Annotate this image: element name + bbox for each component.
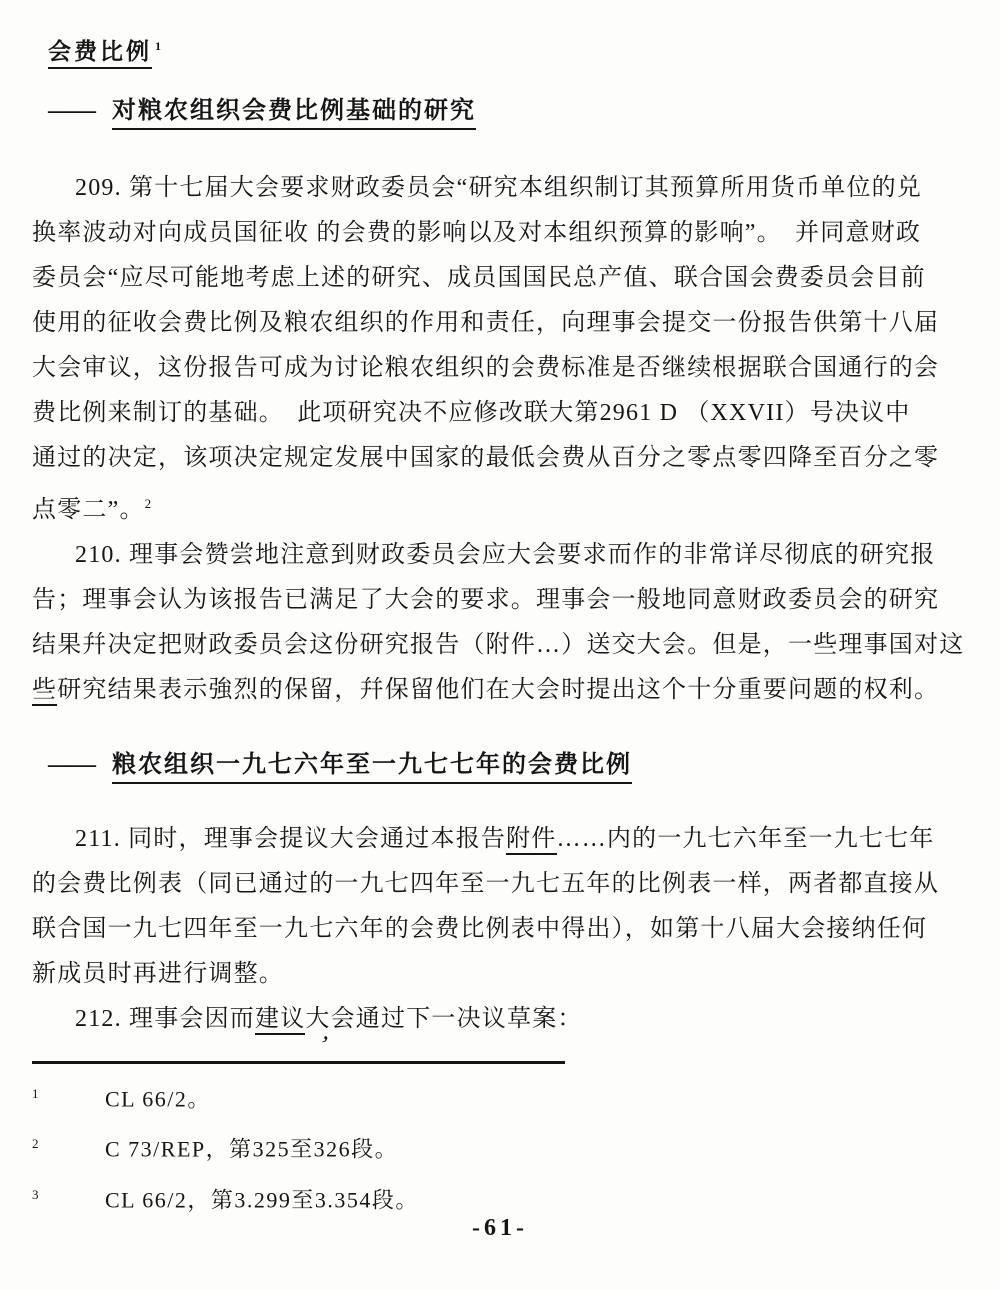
underlined-text: 些	[32, 677, 57, 706]
text-line: 费比例来制订的基础。 此项研究决不应修改联大第2961 D （XXVII）号决议…	[32, 391, 970, 436]
section-heading-scale-text: 粮农组织一九七六年至一九七七年的会费比例	[112, 752, 632, 784]
footnote-marker: 1	[32, 1071, 105, 1116]
text-line: 使用的征收会费比例及粮农组织的作用和责任，向理事会提交一份报告供第十八届	[32, 301, 970, 346]
text-run: 209. 第十七届大会要求财政委员会“研究本组织制订其预算所用货币单位的兑	[75, 175, 922, 201]
text-run: 212. 理事会因而	[75, 1006, 255, 1032]
footnote-marker: 2	[32, 1121, 105, 1166]
heading-dash-icon: ——	[48, 98, 96, 124]
text-run: 211. 同时，理事会提议大会通过本报告	[75, 826, 506, 852]
underlined-text: 建议	[255, 1006, 305, 1035]
paragraph-211: 211. 同时，理事会提议大会通过本报告附件……内的一九七六年至一九七七年的会费…	[32, 817, 970, 997]
section-heading-study-text: 对粮农组织会费比例基础的研究	[112, 98, 476, 130]
paragraph-212: 212. 理事会因而建议大会通过下一决议草案：	[32, 997, 970, 1042]
footnote-text: C 73/REP，第325至326段。	[105, 1137, 398, 1162]
footnote-marker: 3	[32, 1172, 105, 1217]
text-line: 209. 第十七届大会要求财政委员会“研究本组织制订其预算所用货币单位的兑	[32, 166, 970, 211]
paragraph-210: 210. 理事会赞尝地注意到财政委员会应大会要求而作的非常详尽彻底的研究报告；理…	[32, 533, 970, 713]
page-number: -61-	[0, 1215, 1000, 1242]
footnote-separator	[32, 1061, 565, 1064]
text-run: 新成员时再进行调整。	[32, 961, 284, 987]
text-run: 费比例来制订的基础。 此项研究决不应修改联大第2961 D （XXVII）号决议…	[32, 400, 911, 426]
text-run: 210. 理事会赞尝地注意到财政委员会应大会要求而作的非常详尽彻底的研究报	[75, 542, 935, 568]
text-line: 些研究结果表示強烈的保留，幷保留他们在大会时提出这个十分重要问题的权利。	[32, 668, 970, 713]
footnote-ref-1: 1	[155, 39, 161, 53]
text-run: ……内的一九七六年至一九七七年	[557, 826, 935, 852]
paragraph-209: 209. 第十七届大会要求财政委员会“研究本组织制订其预算所用货币单位的兑换率波…	[32, 166, 970, 533]
text-run: 的会费比例表（同已通过的一九七四年至一九七五年的比例表一样，两者都直接从	[32, 871, 939, 897]
text-run: 大会通过下一决议草案：	[305, 1006, 582, 1032]
text-line: 210. 理事会赞尝地注意到财政委员会应大会要求而作的非常详尽彻底的研究报	[32, 533, 970, 578]
text-run: 点零二”。	[32, 497, 145, 523]
text-line: 结果幷决定把财政委员会这份研究报告（附件…）送交大会。但是，一些理事国对这	[32, 623, 970, 668]
text-line: 大会审议，这份报告可成为讨论粮农组织的会费标准是否继续根据联合国通行的会	[32, 346, 970, 391]
footnote-item: 1CL 66/2。	[32, 1071, 565, 1121]
text-line: 告；理事会认为该报告已满足了大会的要求。理事会一般地同意财政委员会的研究	[32, 578, 970, 623]
underlined-text: 附件	[506, 826, 556, 855]
document-page: 会费比例1 ——对粮农组织会费比例基础的研究 209. 第十七届大会要求财政委员…	[0, 0, 1000, 1290]
footnote-item: 2C 73/REP，第325至326段。	[32, 1121, 565, 1171]
text-run: 使用的征收会费比例及粮农组织的作用和责任，向理事会提交一份报告供第十八届	[32, 310, 939, 336]
text-run: 换率波动对向成员国征收 的会费的影响以及对本组织预算的影响”。 并同意财政	[32, 220, 921, 246]
text-run: 研究结果表示強烈的保留，幷保留他们在大会时提出这个十分重要问题的权利。	[57, 677, 939, 703]
text-line: 212. 理事会因而建议大会通过下一决议草案：	[32, 997, 970, 1042]
text-line: 联合国一九七四年至一九七六年的会费比例表中得出），如第十八届大会接纳任何	[32, 907, 970, 952]
text-run: 告；理事会认为该报告已满足了大会的要求。理事会一般地同意财政委员会的研究	[32, 587, 939, 613]
text-run: 通过的决定，该项决定规定发展中国家的最低会费从百分之零点零四降至百分之零	[32, 445, 939, 471]
page-title-text: 会费比例	[48, 39, 152, 69]
heading-dash-icon: ——	[48, 752, 96, 778]
text-line: 换率波动对向成员国征收 的会费的影响以及对本组织预算的影响”。 并同意财政	[32, 211, 970, 256]
footnote-text: CL 66/2，第3.299至3.354段。	[105, 1187, 419, 1212]
footnote-text: CL 66/2。	[105, 1086, 211, 1111]
text-run: 结果幷决定把财政委员会这份研究报告（附件…）送交大会。但是，一些理事国对这	[32, 632, 964, 658]
text-line: 通过的决定，该项决定规定发展中国家的最低会费从百分之零点零四降至百分之零	[32, 436, 970, 481]
text-run: 委员会“应尽可能地考虑上述的研究、成员国国民总产值、联合国会费委员会目前	[32, 265, 926, 291]
section-heading-scale: ——粮农组织一九七六年至一九七七年的会费比例	[48, 748, 970, 782]
footnote-ref: 2	[145, 496, 152, 511]
section-heading-study: ——对粮农组织会费比例基础的研究	[48, 94, 970, 128]
text-run: 大会审议，这份报告可成为讨论粮农组织的会费标准是否继续根据联合国通行的会	[32, 355, 939, 381]
text-line: 211. 同时，理事会提议大会通过本报告附件……内的一九七六年至一九七七年	[32, 817, 970, 862]
footnote-list: 1CL 66/2。2C 73/REP，第325至326段。3CL 66/2，第3…	[32, 1071, 565, 1222]
page-title: 会费比例1	[48, 30, 970, 68]
text-line: 点零二”。2	[32, 481, 970, 533]
footnotes-section: 1CL 66/2。2C 73/REP，第325至326段。3CL 66/2，第3…	[32, 1043, 565, 1222]
text-line: 委员会“应尽可能地考虑上述的研究、成员国国民总产值、联合国会费委员会目前	[32, 256, 970, 301]
text-line: 的会费比例表（同已通过的一九七四年至一九七五年的比例表一样，两者都直接从	[32, 862, 970, 907]
document-content: 会费比例1 ——对粮农组织会费比例基础的研究 209. 第十七届大会要求财政委员…	[0, 0, 1000, 1042]
text-line: 新成员时再进行调整。	[32, 952, 970, 997]
text-run: 联合国一九七四年至一九七六年的会费比例表中得出），如第十八届大会接纳任何	[32, 916, 927, 942]
